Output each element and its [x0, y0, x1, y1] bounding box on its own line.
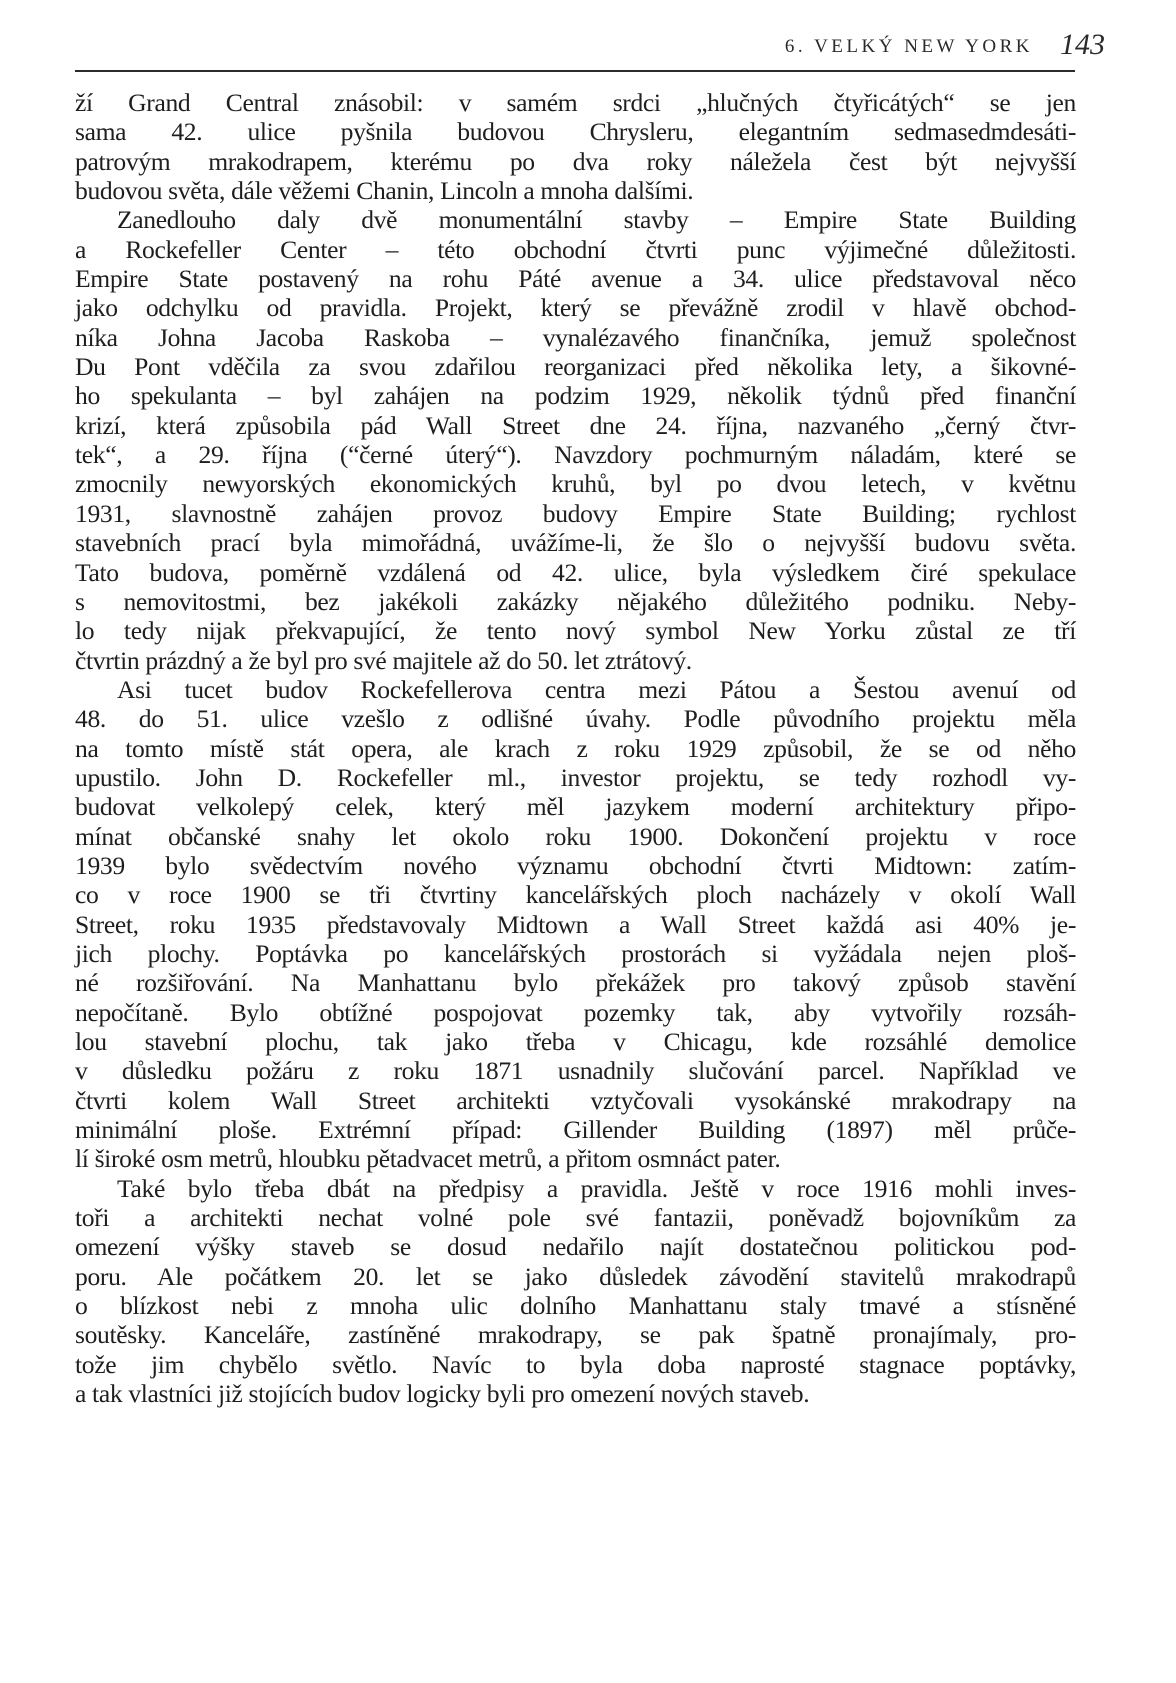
text-line: jich plochy. Poptávka po kancelářských p…	[75, 939, 1076, 968]
text-line: ho spekulanta – byl zahájen na podzim 19…	[75, 381, 1076, 410]
body-text: ží Grand Central znásobil: v samém srdci…	[75, 88, 1076, 1408]
text-line: s nemovitostmi, bez jakékoli zakázky něj…	[75, 587, 1076, 616]
text-line: budovou světa, dále věžemi Chanin, Linco…	[75, 176, 1076, 205]
text-line: Také bylo třeba dbát na předpisy a pravi…	[75, 1174, 1076, 1203]
text-line: Asi tucet budov Rockefellerova centra me…	[75, 675, 1076, 704]
text-line: Du Pont vděčila za svou zdařilou reorgan…	[75, 352, 1076, 381]
text-line: zmocnily newyorských ekonomických kruhů,…	[75, 469, 1076, 498]
text-line: krizí, která způsobila pád Wall Street d…	[75, 411, 1076, 440]
text-line: 1939 bylo svědectvím nového významu obch…	[75, 851, 1076, 880]
text-line: Empire State postavený na rohu Páté aven…	[75, 264, 1076, 293]
running-head: 6. VELKÝ NEW YORK	[785, 36, 1033, 58]
paragraph: Také bylo třeba dbát na předpisy a pravi…	[75, 1174, 1076, 1409]
text-line: né rozšiřování. Na Manhattanu bylo překá…	[75, 968, 1076, 997]
header-rule	[75, 70, 1075, 72]
text-line: v důsledku požáru z roku 1871 usnadnily …	[75, 1056, 1076, 1085]
text-line: níka Johna Jacoba Raskoba – vynalézavého…	[75, 323, 1076, 352]
text-line: upustilo. John D. Rockefeller ml., inves…	[75, 763, 1076, 792]
text-line: patrovým mrakodrapem, kterému po dva rok…	[75, 147, 1076, 176]
text-line: na tomto místě stát opera, ale krach z r…	[75, 734, 1076, 763]
text-line: Zanedlouho daly dvě monumentální stavby …	[75, 205, 1076, 234]
text-line: co v roce 1900 se tři čtvrtiny kancelářs…	[75, 880, 1076, 909]
paragraph: Asi tucet budov Rockefellerova centra me…	[75, 675, 1076, 1174]
paragraph: ží Grand Central znásobil: v samém srdci…	[75, 88, 1076, 205]
text-line: budovat velkolepý celek, který měl jazyk…	[75, 792, 1076, 821]
text-line: o blízkost nebi z mnoha ulic dolního Man…	[75, 1291, 1076, 1320]
text-line: čtvrti kolem Wall Street architekti vzty…	[75, 1086, 1076, 1115]
text-line: lou stavební plochu, tak jako třeba v Ch…	[75, 1027, 1076, 1056]
text-line: lí široké osm metrů, hloubku pětadvacet …	[75, 1144, 1076, 1173]
text-line: Street, roku 1935 představovaly Midtown …	[75, 910, 1076, 939]
text-line: soutěsky. Kanceláře, zastíněné mrakodrap…	[75, 1320, 1076, 1349]
text-line: čtvrtin prázdný a že byl pro své majitel…	[75, 646, 1076, 675]
text-line: toři a architekti nechat volné pole své …	[75, 1203, 1076, 1232]
text-line: 48. do 51. ulice vzešlo z odlišné úvahy.…	[75, 704, 1076, 733]
text-line: 1931, slavnostně zahájen provoz budovy E…	[75, 499, 1076, 528]
text-line: stavebních prací byla mimořádná, uvážíme…	[75, 528, 1076, 557]
text-line: a Rockefeller Center – této obchodní čtv…	[75, 235, 1076, 264]
text-line: tože jim chybělo světlo. Navíc to byla d…	[75, 1350, 1076, 1379]
text-line: a tak vlastníci již stojících budov logi…	[75, 1379, 1076, 1408]
text-line: nepočítaně. Bylo obtížné pospojovat poze…	[75, 998, 1076, 1027]
text-line: mínat občanské snahy let okolo roku 1900…	[75, 822, 1076, 851]
text-line: jako odchylku od pravidla. Projekt, kter…	[75, 293, 1076, 322]
text-line: poru. Ale počátkem 20. let se jako důsle…	[75, 1262, 1076, 1291]
text-line: minimální ploše. Extrémní případ: Gillen…	[75, 1115, 1076, 1144]
text-line: lo tedy nijak překvapující, že tento nov…	[75, 616, 1076, 645]
text-line: omezení výšky staveb se dosud nedařilo n…	[75, 1232, 1076, 1261]
paragraph: Zanedlouho daly dvě monumentální stavby …	[75, 205, 1076, 675]
text-line: ží Grand Central znásobil: v samém srdci…	[75, 88, 1076, 117]
page-number: 143	[1060, 28, 1105, 62]
page-header: 6. VELKÝ NEW YORK 143	[75, 30, 1105, 72]
text-line: sama 42. ulice pyšnila budovou Chrysleru…	[75, 117, 1076, 146]
text-line: tek“, a 29. října (“černé úterý“). Navzd…	[75, 440, 1076, 469]
text-line: Tato budova, poměrně vzdálená od 42. uli…	[75, 558, 1076, 587]
